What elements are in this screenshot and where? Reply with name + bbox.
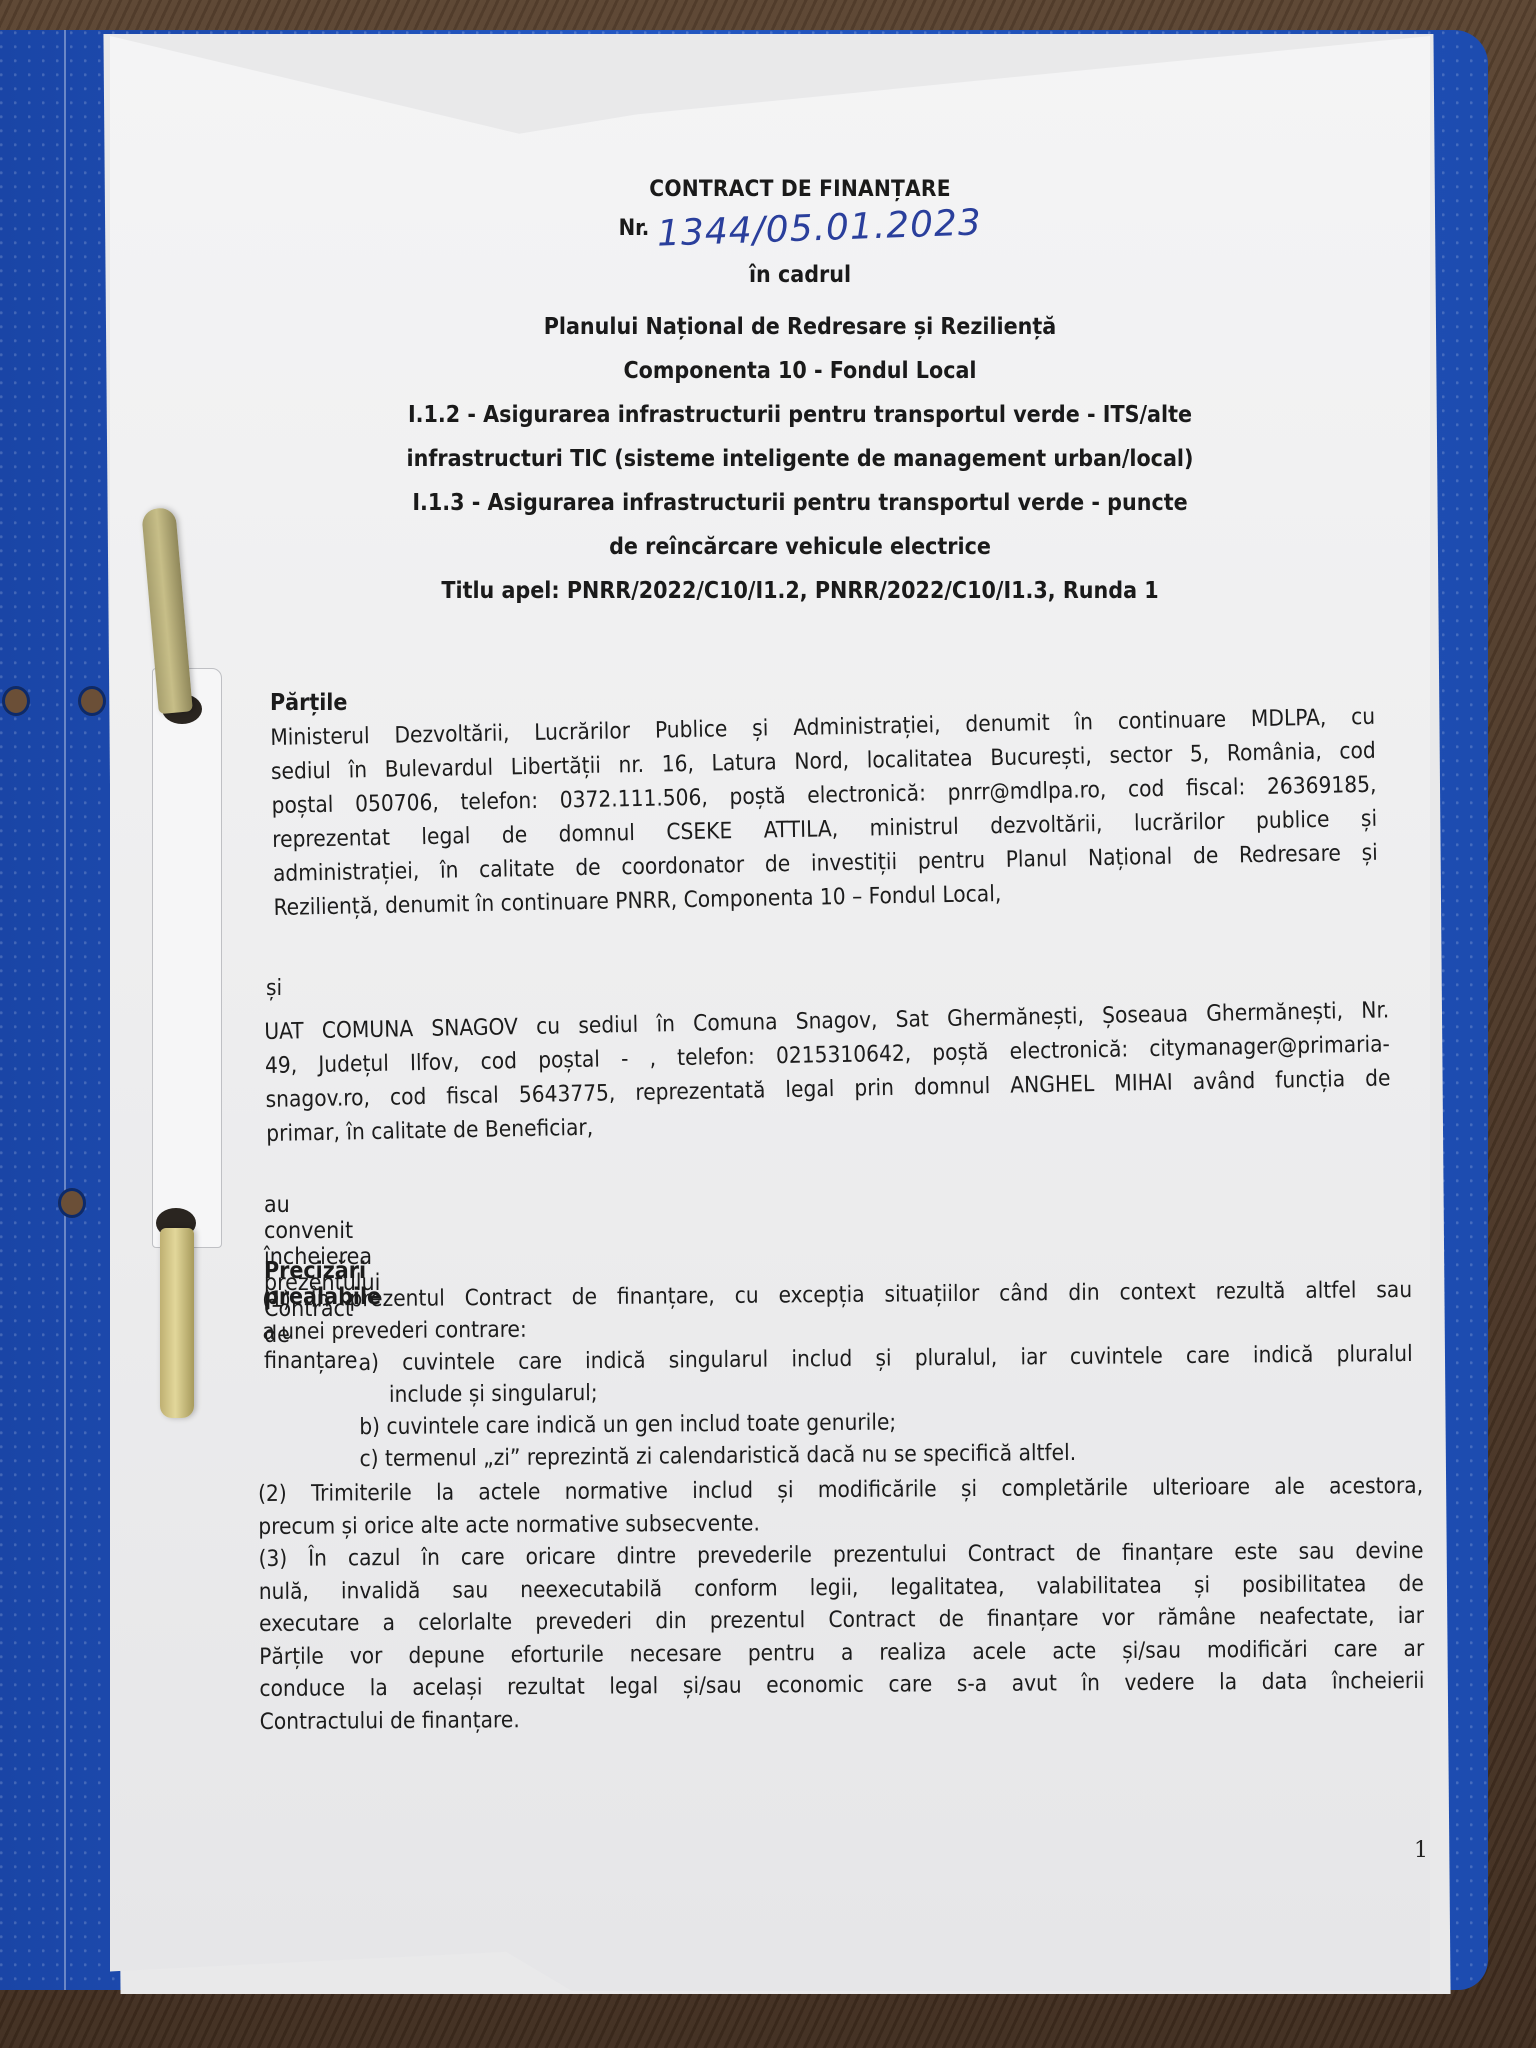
party-mdlpa-paragraph: Ministerul Dezvoltării, Lucrărilor Publi…: [270, 700, 1379, 925]
punch-hole: [2, 686, 30, 716]
document-subtitle: în cadrul: [380, 262, 1220, 288]
preliminary-clause-1: (1) În prezentul Contract de finanțare, …: [262, 1274, 1414, 1476]
fastener-clip-bottom: [160, 1228, 194, 1418]
parties-heading: Părțile: [270, 690, 347, 716]
page-number: 1: [1414, 1838, 1428, 1863]
folder-crease: [64, 30, 66, 1990]
heading-line: Planului Național de Redresare și Rezili…: [380, 305, 1220, 349]
heading-line: I.1.3 - Asigurarea infrastructurii pentr…: [380, 481, 1220, 525]
preliminary-clauses-2-3: (2) Trimiterile la actele normative incl…: [258, 1470, 1425, 1738]
punch-hole: [78, 686, 106, 716]
contract-number: Nr. 1344/05.01.2023: [380, 208, 1220, 249]
punch-hole: [58, 1188, 86, 1218]
heading-line: infrastructuri TIC (sisteme inteligente …: [380, 437, 1220, 481]
party-uat-paragraph: UAT COMUNA SNAGOV cu sediul în Comuna Sn…: [264, 993, 1391, 1151]
conjunction-si: și: [266, 975, 282, 1001]
number-label: Nr.: [619, 216, 650, 241]
heading-line: Componenta 10 - Fondul Local: [380, 349, 1220, 393]
handwritten-number: 1344/05.01.2023: [656, 202, 982, 254]
heading-line: de reîncărcare vehicule electrice: [380, 525, 1220, 569]
fastener-strip: [152, 668, 222, 1248]
program-heading: Planului Național de Redresare și Rezili…: [380, 305, 1220, 613]
document-title: CONTRACT DE FINANȚARE: [380, 176, 1220, 202]
heading-line: Titlu apel: PNRR/2022/C10/I1.2, PNRR/202…: [380, 569, 1220, 613]
heading-line: I.1.2 - Asigurarea infrastructurii pentr…: [380, 393, 1220, 437]
